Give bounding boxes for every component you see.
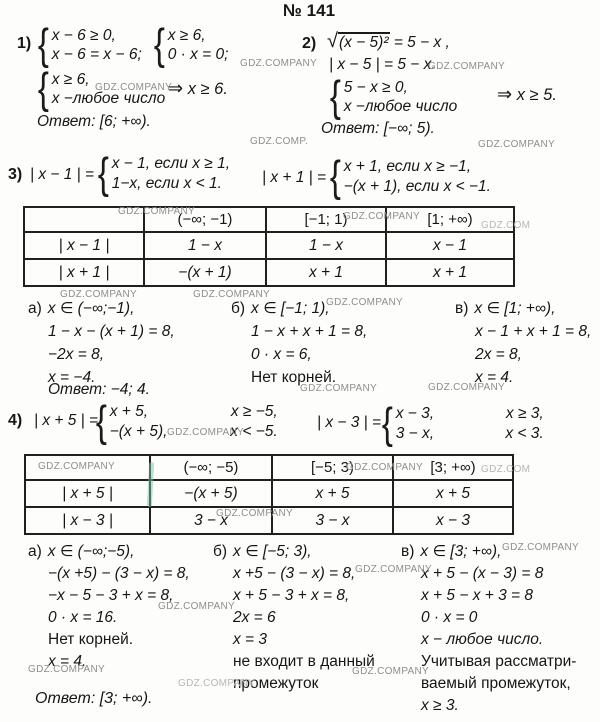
case-line: x ∈ [−1; 1), [251,300,330,317]
case-line: x ∈ [1; +∞), [474,300,555,317]
case-line: x − 1, если x ≥ 1, [112,154,230,174]
table-row: | x − 3 |3 − x3 − xx − 3 [25,507,513,534]
table-cell: −(x + 1) [144,259,266,286]
table-cell: | x − 3 | [25,507,150,534]
abs-def-cases: { x − 3,x ≥ 3,3 − x,x < 3. [380,403,544,445]
table-cell: 3 − x [150,507,272,534]
problem-3-label: 3) [8,166,22,184]
equation-line: 5 − x ≥ 0, [344,78,458,97]
implies-icon: ⇒ [168,78,183,98]
table-header-cell [25,455,150,480]
abs-def-lhs: | x − 1 | = [30,166,94,184]
case-label: б) [231,300,245,317]
equation-line: x − 6 ≥ 0, [52,26,142,45]
case-line: не входит в данный [213,651,375,673]
worksheet-page: № 141 1) { x − 6 ≥ 0,x − 6 = x − 6; { x … [0,0,600,722]
abs-def-lhs: | x + 1 | = [262,169,326,187]
brace-icon: { [38,24,49,66]
case-a: а)x ∈ (−∞;−5), −(x +5) − (3 − x) = 8,−x … [28,541,190,673]
brace-icon: { [382,403,393,445]
problem-4-answer: Ответ: [3; +∞). [35,690,152,708]
table-cell: −(x + 5) [150,480,272,507]
table-header-cell: [3; +∞) [393,455,513,480]
problem-1-answer: Ответ: [6; +∞). [37,113,151,131]
implication-result: x ≥ 5. [517,86,557,104]
case-line: −2x = 8, [28,343,175,366]
case-line: x = 3 [213,629,375,651]
problem-2-label: 2) [302,35,316,53]
table-cell: x + 5 [393,480,513,507]
case-line: 0 · x = 16. [28,607,190,629]
case-b: б)x ∈ [−1; 1), 1 − x + x + 1 = 8,0 · x =… [231,297,367,389]
implication-result: x ≥ 6. [188,80,228,98]
table-cell: x − 1 [386,232,514,259]
case-line: x + 5 − 3 + x = 8, [213,585,375,607]
case-label: б) [213,543,227,560]
problem-2-sqrt-line: √(x − 5)² = 5 − x , [327,30,450,53]
brace-icon: { [330,76,341,118]
table-row: | x − 1 |1 − x1 − xx − 1 [24,232,514,259]
case-part: x < 3. [505,424,543,444]
case-line: 0 · x = 0 [401,607,576,629]
case-line: x = 4. [455,366,591,389]
case-line: 3 − x,x < 3. [396,424,544,444]
case-line: x ∈ [−5; 3), [233,543,312,560]
case-part: x − 3, [396,404,434,424]
table-cell: 1 − x [144,232,266,259]
watermark-stamp: GDZ.COMP. [250,136,308,147]
sqrt-icon: √ [327,30,338,52]
case-label: в) [401,543,414,560]
table-header-cell: [−1; 1) [266,207,386,232]
case-line: промежуток [213,673,375,695]
problem-1-system-a: { x − 6 ≥ 0,x − 6 = x − 6; [36,24,142,66]
case-line: 0 · x = 6, [231,343,367,366]
case-label: а) [28,543,42,560]
sqrt-rhs: = 5 − x , [394,34,450,51]
problem-1-label: 1) [17,35,31,53]
case-v: в)x ∈ [3; +∞), x + 5 − (x − 3) = 8x + 5 … [401,541,576,717]
problem-2-abs-line: | x − 5 | = 5 − x. [329,56,436,74]
table-cell: | x − 1 | [24,232,144,259]
brace-icon: { [330,156,341,198]
table-cell: x + 1 [266,259,386,286]
case-a: а)x ∈ (−∞;−1), 1 − x − (x + 1) = 8,−2x =… [28,297,175,389]
equation-line: x −любое число [52,89,166,108]
solution-table-2: (−∞; −5)[−5; 3)[3; +∞)| x + 5 |−(x + 5)x… [24,454,514,535]
case-line: x +5 − (3 − x) = 8, [213,563,375,585]
table-cell: 1 − x [266,232,386,259]
case-part: x + 5, [110,402,148,422]
equation-line: x ≥ 6, [52,70,166,89]
watermark-stamp: GDZ.COMPANY [240,58,317,69]
case-line: 2x = 6 [213,607,375,629]
abs-def-lhs: | x − 3 | = [317,414,381,432]
abs-def-cases: { x − 1, если x ≥ 1,1−x, если x < 1. [96,153,230,195]
radicand: (x − 5)² [338,32,390,51]
brace-icon: { [38,68,49,110]
equation-line: x ≥ 6, [168,26,229,45]
case-part: x ≥ 3, [506,404,544,424]
case-line: x − любое число. [401,629,576,651]
case-b: б)x ∈ [−5; 3), x +5 − (3 − x) = 8,x + 5 … [213,541,375,695]
case-line: x ≥ 3. [401,695,576,717]
implies-icon: ⇒ [497,84,512,104]
case-line: 2x = 8, [455,343,591,366]
equation-line: x −любое число [344,97,458,116]
case-label: в) [455,300,468,317]
table-header-cell: (−∞; −5) [150,455,272,480]
watermark-stamp: GDZ.COMPANY [428,61,505,72]
case-line: 1 − x + x + 1 = 8, [231,320,367,343]
case-line: −(x +5) − (3 − x) = 8, [28,563,190,585]
case-part: −(x + 5), [110,422,168,442]
case-line: x − 1 + x + 1 = 8, [455,320,591,343]
table-cell: | x + 5 | [25,480,150,507]
problem-4-label: 4) [8,412,22,430]
table-cell: | x + 1 | [24,259,144,286]
case-line: −x − 5 − 3 + x = 8, [28,585,190,607]
implication: ⇒ x ≥ 6. [168,78,228,99]
abs-def-cases: { x + 1, если x ≥ −1,−(x + 1), если x < … [328,156,491,198]
abs-def-cases: { x + 5,x ≥ −5,−(x + 5),x < −5. [94,401,278,443]
table-header-cell: [−5; 3) [272,455,393,480]
case-line: Нет корней. [231,366,367,389]
case-line: x ∈ (−∞;−5), [48,543,135,560]
case-line: −(x + 1), если x < −1. [344,177,491,197]
watermark-stamp: GDZ.COMPANY [478,139,555,150]
table-cell: 3 − x [272,507,393,534]
problem-2-system: { 5 − x ≥ 0,x −любое число [328,76,457,118]
page-title: № 141 [283,1,335,21]
case-line: x = 4. [28,651,190,673]
case-line: x ∈ [3; +∞), [420,543,501,560]
brace-icon: { [96,401,107,443]
case-line: ваемый промежуток, [401,673,576,695]
problem-2-answer: Ответ: [−∞; 5). [321,120,435,138]
case-line: 1 − x − (x + 1) = 8, [28,320,175,343]
case-line: Учитывая рассматри- [401,651,576,673]
case-part: x < −5. [230,422,277,442]
case-line: x − 3,x ≥ 3, [396,404,544,424]
case-v: в)x ∈ [1; +∞), x − 1 + x + 1 = 8,2x = 8,… [455,297,591,389]
implication: ⇒ x ≥ 5. [497,84,557,105]
abs-def-lhs: | x + 5 | = [34,412,98,430]
case-line: x + 1, если x ≥ −1, [344,157,491,177]
table-header-cell [24,207,144,232]
case-label: а) [28,300,42,317]
table-row: | x + 1 |−(x + 1)x + 1x + 1 [24,259,514,286]
table-row: | x + 5 |−(x + 5)x + 5x + 5 [25,480,513,507]
brace-icon: { [98,153,109,195]
case-line: x + 5 − x + 3 = 8 [401,585,576,607]
case-part: x ≥ −5, [231,402,278,422]
table-cell: x − 3 [393,507,513,534]
table-cell: x + 1 [386,259,514,286]
solution-table-1: (−∞; −1)[−1; 1)[1; +∞)| x − 1 |1 − x1 − … [23,206,515,287]
case-line: x + 5 − (x − 3) = 8 [401,563,576,585]
case-line: Нет корней. [28,629,190,651]
case-line: x + 5,x ≥ −5, [110,402,278,422]
equation-line: x − 6 = x − 6; [52,45,142,64]
brace-icon: { [154,24,165,66]
table-cell: x + 5 [272,480,393,507]
table-header-cell: [1; +∞) [386,207,514,232]
case-part: 3 − x, [396,424,434,444]
equation-line: 0 · x = 0; [168,45,229,64]
table-header-cell: (−∞; −1) [144,207,266,232]
problem-1-system-c: { x ≥ 6,x −любое число [36,68,165,110]
problem-1-system-b: { x ≥ 6,0 · x = 0; [152,24,228,66]
case-line: 1−x, если x < 1. [112,174,230,194]
case-line: x ∈ (−∞;−1), [48,300,135,317]
case-line: −(x + 5),x < −5. [110,422,278,442]
